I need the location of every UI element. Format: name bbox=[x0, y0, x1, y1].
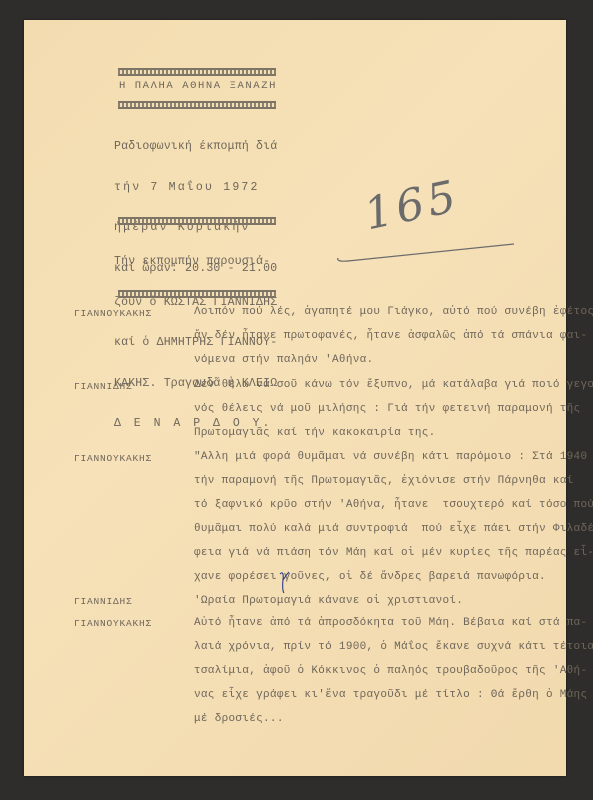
dialogue-line: φεια γιά νά πιάση τόν Μάη καί οἱ μέν κυρ… bbox=[194, 547, 593, 559]
broadcast-info-line: Ραδιοφωνική έκπομπή διά bbox=[114, 140, 277, 154]
presenters-info: Τήν εκπομπήν παρουσιά- ζουν ὁ ΚΩΣΤΑΣ ΓΙΑ… bbox=[114, 228, 277, 458]
handwritten-underline bbox=[336, 242, 516, 262]
dialogue-line: χανε φορέσει γοῦνες, οἱ δέ ἄνδρες βαρειά… bbox=[194, 571, 546, 583]
speaker-label: ΓΙΑΝΝΟΥΚΑΚΗΣ bbox=[74, 618, 152, 629]
dialogue-line: Αὐτό ἦτανε ἀπό τά ἀπροσδόκητα τοῦ Μάη. Β… bbox=[194, 617, 587, 629]
dialogue-line: νός θέλεις νά μοῦ μιλήσης : Γιά τήν φετε… bbox=[194, 403, 580, 415]
dialogue-line: Λοιπόν πού λές, ἀγαπητέ μου Γιάγκο, αὐτό… bbox=[194, 306, 593, 318]
header-rule-middle bbox=[118, 101, 276, 109]
document-title: Η ΠΑΛΗΑ ΑΘΗΝΑ ΞΑΝΑΖΗ bbox=[108, 80, 288, 92]
dialogue-line: Πρωτομαγιᾶς καί τήν κακοκαιρία της. bbox=[194, 427, 436, 439]
speaker-label: ΓΙΑΝΝΙΔΗΣ bbox=[74, 381, 133, 392]
dialogue-line: θυμᾶμαι πολύ καλά μιά συντροφιά πού εἶχε… bbox=[194, 523, 593, 535]
dialogue-line: Δέν θέλω νά σοῦ κάνω τόν ἔξυπνο, μά κατά… bbox=[194, 379, 593, 391]
dialogue-line: μέ δροσιές... bbox=[194, 713, 284, 725]
dialogue-line: τσαλίμια, ἀφοῦ ὁ Κόκκινος ὁ παληός τρουβ… bbox=[194, 665, 587, 677]
header-rule-lower bbox=[118, 217, 276, 225]
dialogue-line: 'Ωραία Πρωτομαγιά κάνανε οἱ χριστιανοί. bbox=[194, 595, 463, 607]
dialogue-line: λαιά χρόνια, πρίν τό 1900, ὁ Μάΐος ἔκανε… bbox=[194, 641, 593, 653]
dialogue-line: νόμενα στήν παληάν 'Αθήνα. bbox=[194, 354, 373, 366]
dialogue-line: "Αλλη μιά φορά θυμᾶμαι νά συνέβη κάτι πα… bbox=[194, 451, 587, 463]
dialogue-line: τήν παραμονή τῆς Πρωτομαγιᾶς, ἐχιόνισε σ… bbox=[194, 475, 574, 487]
speaker-label: ΓΙΑΝΝΟΥΚΑΚΗΣ bbox=[74, 453, 152, 464]
dialogue-line: τό ξαφνικό κρῦο στήν 'Αθήνα, ἦτανε τσουχ… bbox=[194, 499, 593, 511]
speaker-label: ΓΙΑΝΝΟΥΚΑΚΗΣ bbox=[74, 308, 152, 319]
presenters-info-line: Τήν εκπομπήν παρουσιά- bbox=[114, 255, 277, 269]
header-rule-top bbox=[118, 68, 276, 76]
handwritten-page-number: 165 bbox=[360, 171, 464, 241]
broadcast-info-line: τήν 7 Μαΐου 1972 bbox=[114, 181, 277, 195]
speaker-label: ΓΙΑΝΝΙΔΗΣ bbox=[74, 596, 133, 607]
pen-correction-mark bbox=[278, 570, 290, 594]
document-page: Η ΠΑΛΗΑ ΑΘΗΝΑ ΞΑΝΑΖΗ Ραδιοφωνική έκπομπή… bbox=[24, 20, 566, 776]
header-rule-bottom bbox=[118, 290, 276, 298]
dialogue-line: ἄν δέν ἦτανε πρωτοφανές, ἦτανε ἀσφαλῶς ἀ… bbox=[194, 330, 587, 342]
dialogue-line: νας εἶχε γράφει κι'ἕνα τραγοῦδι μέ τίτλο… bbox=[194, 689, 587, 701]
